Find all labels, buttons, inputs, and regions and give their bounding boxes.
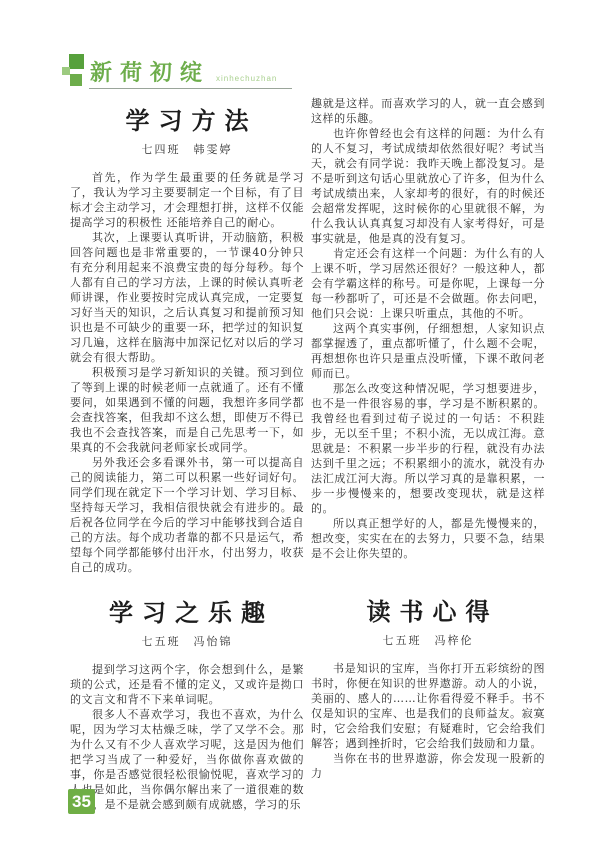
brand-subtitle: xinhechuzhan	[216, 74, 277, 83]
page-header: 新荷初绽 xinhechuzhan	[0, 0, 600, 100]
article-author: 七五班 冯梓伦	[311, 634, 545, 648]
right-column: 趣就是这样。而喜欢学习的人，就一直会感到这样的乐趣。 也许你曾经也会有这样的问题…	[311, 96, 545, 781]
left-column: 学习方法 七四班 韩雯婷 首先，作为学生最重要的任务就是学习了，我认为学习主要要…	[70, 100, 304, 812]
paragraph: 书是知识的宝库，当你打开五彩缤纷的图书时，你便在知识的世界遨游。动人的小说，美丽…	[311, 661, 545, 751]
logo-square-light	[62, 67, 70, 75]
logo-square-mid	[70, 74, 82, 86]
article-author: 七四班 韩雯婷	[70, 143, 304, 157]
paragraph: 另外我还会多看课外书，第一可以提高自己的阅读能力，第二可以积累一些好词好句。同学…	[70, 455, 304, 575]
paragraph-continuation: 趣就是这样。而喜欢学习的人，就一直会感到这样的乐趣。	[311, 96, 545, 126]
article-study-fun: 学习之乐趣 七五班 冯怡锦 提到学习这两个字，你会想到什么，是繁琐的公式，还是看…	[70, 598, 304, 812]
article-study-methods: 学习方法 七四班 韩雯婷 首先，作为学生最重要的任务就是学习了，我认为学习主要要…	[70, 106, 304, 575]
paragraph: 肯定还会有这样一个问题：为什么有的人上课不听，学习居然还很好？一般这种人，都会有…	[311, 246, 545, 321]
paragraph: 很多人不喜欢学习，我也不喜欢，为什么呢，因为学习太枯燥乏味，学了又学不会。那为什…	[70, 707, 304, 812]
article-study-fun-continued: 趣就是这样。而喜欢学习的人，就一直会感到这样的乐趣。 也许你曾经也会有这样的问题…	[311, 96, 545, 561]
brand-title: 新荷初绽	[90, 56, 210, 87]
paragraph: 也许你曾经也会有这样的问题：为什么有的人不复习，考试成绩却依然很好呢？考试当天，…	[311, 126, 545, 246]
paragraph: 其次，上课要认真听讲，开动脑筋，积极回答问题也是非常重要的，一节课40分钟只有充…	[70, 230, 304, 365]
article-author: 七五班 冯怡锦	[70, 635, 304, 649]
paragraph: 所以真正想学好的人，都是先慢慢来的，想改变，实实在在的去努力，只要不急，结果是不…	[311, 516, 545, 561]
logo-square-dark	[69, 54, 84, 69]
paragraph: 当你在书的世界遨游，你会发现一股新的力	[311, 751, 545, 781]
article-title: 学习方法	[70, 106, 304, 136]
brand-logo-icon	[62, 52, 88, 94]
paragraph: 提到学习这两个字，你会想到什么，是繁琐的公式，还是看不懂的定义，又或许是拗口的文…	[70, 662, 304, 707]
magazine-page: 新荷初绽 xinhechuzhan 学习方法 七四班 韩雯婷 首先，作为学生最重…	[0, 0, 600, 848]
article-title: 学习之乐趣	[70, 598, 304, 628]
article-title: 读书心得	[311, 597, 545, 627]
paragraph: 那怎么改变这种情况呢，学习想要进步，也不是一件很容易的事，学习是不断积累的。我曾…	[311, 381, 545, 516]
header-rule	[89, 88, 292, 89]
article-reading-notes: 读书心得 七五班 冯梓伦 书是知识的宝库，当你打开五彩缤纷的图书时，你便在知识的…	[311, 597, 545, 781]
page-number-badge: 35	[68, 789, 95, 814]
paragraph: 首先，作为学生最重要的任务就是学习了，我认为学习主要要制定一个目标，有了目标才会…	[70, 170, 304, 230]
paragraph: 这两个真实事例，仔细想想，人家知识点都掌握透了，重点都听懂了，什么题不会呢，再想…	[311, 321, 545, 381]
paragraph: 积极预习是学习新知识的关键。预习到位了等到上课的时候老师一点就通了。还有不懂要问…	[70, 365, 304, 455]
